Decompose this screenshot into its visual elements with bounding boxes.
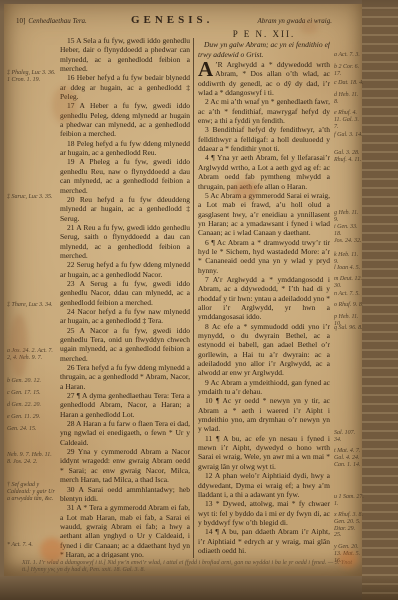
stain-mark xyxy=(300,20,318,34)
margin-note: a Act. 7. 3. xyxy=(334,52,364,59)
margin-note: Sal. 107. 34. xyxy=(334,430,364,444)
book-title: GENESIS. xyxy=(131,14,213,26)
margin-note: i Gen. 33. 18. xyxy=(334,224,364,238)
chapter-summary: Duw yn galw Abram; ac yn ei fendithio ef… xyxy=(198,40,330,59)
verse: 23 A Serug a fu fyw, gwedi iddo genhedlu… xyxy=(60,279,190,307)
margin-note: c Dat. 18. 4. xyxy=(334,80,364,87)
verse: 10 ¶ Ac yr oedd * newyn yn y tir, ac Abr… xyxy=(198,396,330,433)
verse: 6 ¶ Ac Abram a * dramwyodd trwy’r tir hy… xyxy=(198,238,330,275)
right-column-verses: 2 Ac mi a’th wnaf yn * genhedlaeth fawr,… xyxy=(198,97,330,555)
verse-text: ’R Arglwydd a * ddywedodd wrth Abram, * … xyxy=(198,60,330,97)
running-title-right: Abram yn gwada ei wraig. xyxy=(258,17,332,25)
left-text-column: 15 A Sela a fu fyw, gwedi iddo genhedlu … xyxy=(60,36,190,558)
drop-cap: A xyxy=(198,60,215,78)
margin-note: c Gen. 17. 15. xyxy=(7,390,57,397)
margin-note: f Gal. 3. 14. xyxy=(334,132,364,139)
margin-note: t Mat. 4. 7. Gal. 4. 24. Can. 1. 14. xyxy=(334,448,364,468)
margin-note: Gen. 24. 15. xyxy=(7,426,57,433)
right-text-column: P E N. XII. Duw yn galw Abram; ac yn ei … xyxy=(198,30,330,558)
margin-note: l Ioan 4. 5. xyxy=(334,265,364,272)
verse: 28 A Haran a fu farw o flaen Tera ei dad… xyxy=(60,419,190,447)
verse: 19 A Pheleg a fu fyw, gwedi iddo genhedl… xyxy=(60,157,190,194)
margin-note: Gal. 3. 28. Rhuf. 4. 11. xyxy=(334,150,364,164)
verse: 12 A phan welo’r Aiphtiaid dydi, hwy a d… xyxy=(198,471,330,499)
margin-note: d Gen. 22. 20. xyxy=(7,402,57,409)
margin-note: o Rhuf. 9. 8. xyxy=(334,302,364,309)
margin-note: d Heb. 11. 8. xyxy=(334,92,364,106)
verse: 15 A Sela a fu fyw, gwedi iddo genhedlu … xyxy=(60,36,190,73)
verse: 9 Ac Abram a ymdeithiodd, gan fyned ac y… xyxy=(198,378,330,397)
verse: 5 Ac Abram a gymmerodd Sarai ei wraig, a… xyxy=(198,191,330,238)
verse: 31 A * Tera a gymmerodd Abram ei fab, a … xyxy=(60,503,190,558)
margin-note: Neh. 9. 7. Heb. 11. 8. Jos. 24. 2. xyxy=(7,452,57,466)
margin-note: e Rhuf. 4. 11. Gal. 3. 7. xyxy=(334,110,364,130)
page-number: 10] xyxy=(16,17,25,25)
verse: 25 A Nacor a fu fyw, gwedi iddo genhedlu… xyxy=(60,326,190,363)
verse: 4 ¶ Yna yr aeth Abram, fel y llefarasai’… xyxy=(198,153,330,190)
margin-note: m Deut. 12. 30. xyxy=(334,276,364,290)
margin-note: b Gen. 20. 12. xyxy=(7,378,57,385)
footnote: XII. 1. I’r wlad a ddangoswyf i ti.] Nid… xyxy=(22,560,352,574)
margin-note: k Heb. 11. 9. xyxy=(334,252,364,266)
margin-note: b 2 Cor. 6. 17. xyxy=(334,64,364,78)
verse: 22 Serug hefyd a fu fyw ddeng mlynedd ar… xyxy=(60,260,190,279)
margin-gloss: † Sef gwlad y Caldeaid: y gair Ur a arwy… xyxy=(7,482,57,502)
bible-page: 10]Cenhedlaethau Tera. GENESIS. Abram yn… xyxy=(4,4,362,576)
margin-note: ‡ Saruc, Luc 3. 35. xyxy=(7,194,57,201)
verse: 21 A Reu a fu fyw, gwedi iddo genhedlu S… xyxy=(60,223,190,260)
verse: 8 Ac efe a * symmudodd oddi yno i’r myny… xyxy=(198,322,330,378)
verse: 16 Heber hefyd a fu fyw bedair blynedd a… xyxy=(60,73,190,101)
verse: 7 A’r Arglwydd a * ymddangosodd i Abram,… xyxy=(198,275,330,322)
stain-mark xyxy=(40,538,64,562)
margin-note: x Rhuf. 3. 8. Gen. 20. 5. Diar. 29. 25. xyxy=(334,512,364,539)
stain-mark xyxy=(52,86,78,124)
running-title-left: 10]Cenhedlaethau Tera. xyxy=(16,17,87,25)
page-header: 10]Cenhedlaethau Tera. GENESIS. Abram yn… xyxy=(16,14,332,26)
book-page-edges xyxy=(362,0,398,600)
margin-note: u 1 Sam. 27. 1. xyxy=(334,494,364,508)
margin-note: Jos. 24. 32. xyxy=(334,238,364,245)
margin-note: ‡ Phaleg, Luc 3. 36. 1 Cron. 1. 19. xyxy=(7,70,57,84)
verse: 30 A Sarai oedd ammhlantadwy; heb blenty… xyxy=(60,485,190,504)
verse: 14 ¶ A bu, pan ddaeth Abram i’r Aipht, i… xyxy=(198,527,330,555)
stain-mark xyxy=(338,550,358,568)
verse: 29 Yna y cymmerodd Abram a Nacor iddynt … xyxy=(60,447,190,484)
verse: 27 ¶ A dyma genhedlaethau Tera: Tera a g… xyxy=(60,391,190,419)
margin-note: e Gen. 11. 29. xyxy=(7,414,57,421)
verse: 24 Nacor hefyd a fu fyw naw mlynedd ar h… xyxy=(60,307,190,326)
verse: 26 Tera hefyd a fu fyw ddeng mlynedd a t… xyxy=(60,363,190,391)
margin-note: g Heb. 11. 9. xyxy=(334,210,364,224)
running-title-left-text: Cenhedlaethau Tera. xyxy=(28,17,86,25)
verse: 2 Ac mi a’th wnaf yn * genhedlaeth fawr,… xyxy=(198,97,330,125)
verse: 11 ¶ A bu, ac efe yn nesau i fyned i mew… xyxy=(198,434,330,471)
margin-note: ‡ Thare, Luc 3. 34. xyxy=(7,302,57,309)
stain-mark xyxy=(232,180,258,200)
column-divider-rule xyxy=(193,38,194,558)
book-photo: 10]Cenhedlaethau Tera. GENESIS. Abram yn… xyxy=(0,0,398,600)
verse: 20 Reu hefyd a fu fyw ddeuddeng mlynedd … xyxy=(60,195,190,223)
margin-note: q Sal. 96. 8. xyxy=(334,325,364,332)
verse: 13 * Dywed, attolwg, mai * fy chwaer wyt… xyxy=(198,499,330,527)
verse: 3 Bendithiaf hefyd dy fendithwyr, a’th f… xyxy=(198,125,330,153)
verse: 18 Peleg hefyd a fu fyw ddeng mlynedd ar… xyxy=(60,139,190,158)
verse: 17 A Heber a fu fyw, gwedi iddo genhedlu… xyxy=(60,101,190,138)
margin-note: n Act. 7. 5. xyxy=(334,291,364,298)
stain-mark xyxy=(10,314,28,378)
verse: A’R Arglwydd a * ddywedodd wrth Abram, *… xyxy=(198,60,330,97)
